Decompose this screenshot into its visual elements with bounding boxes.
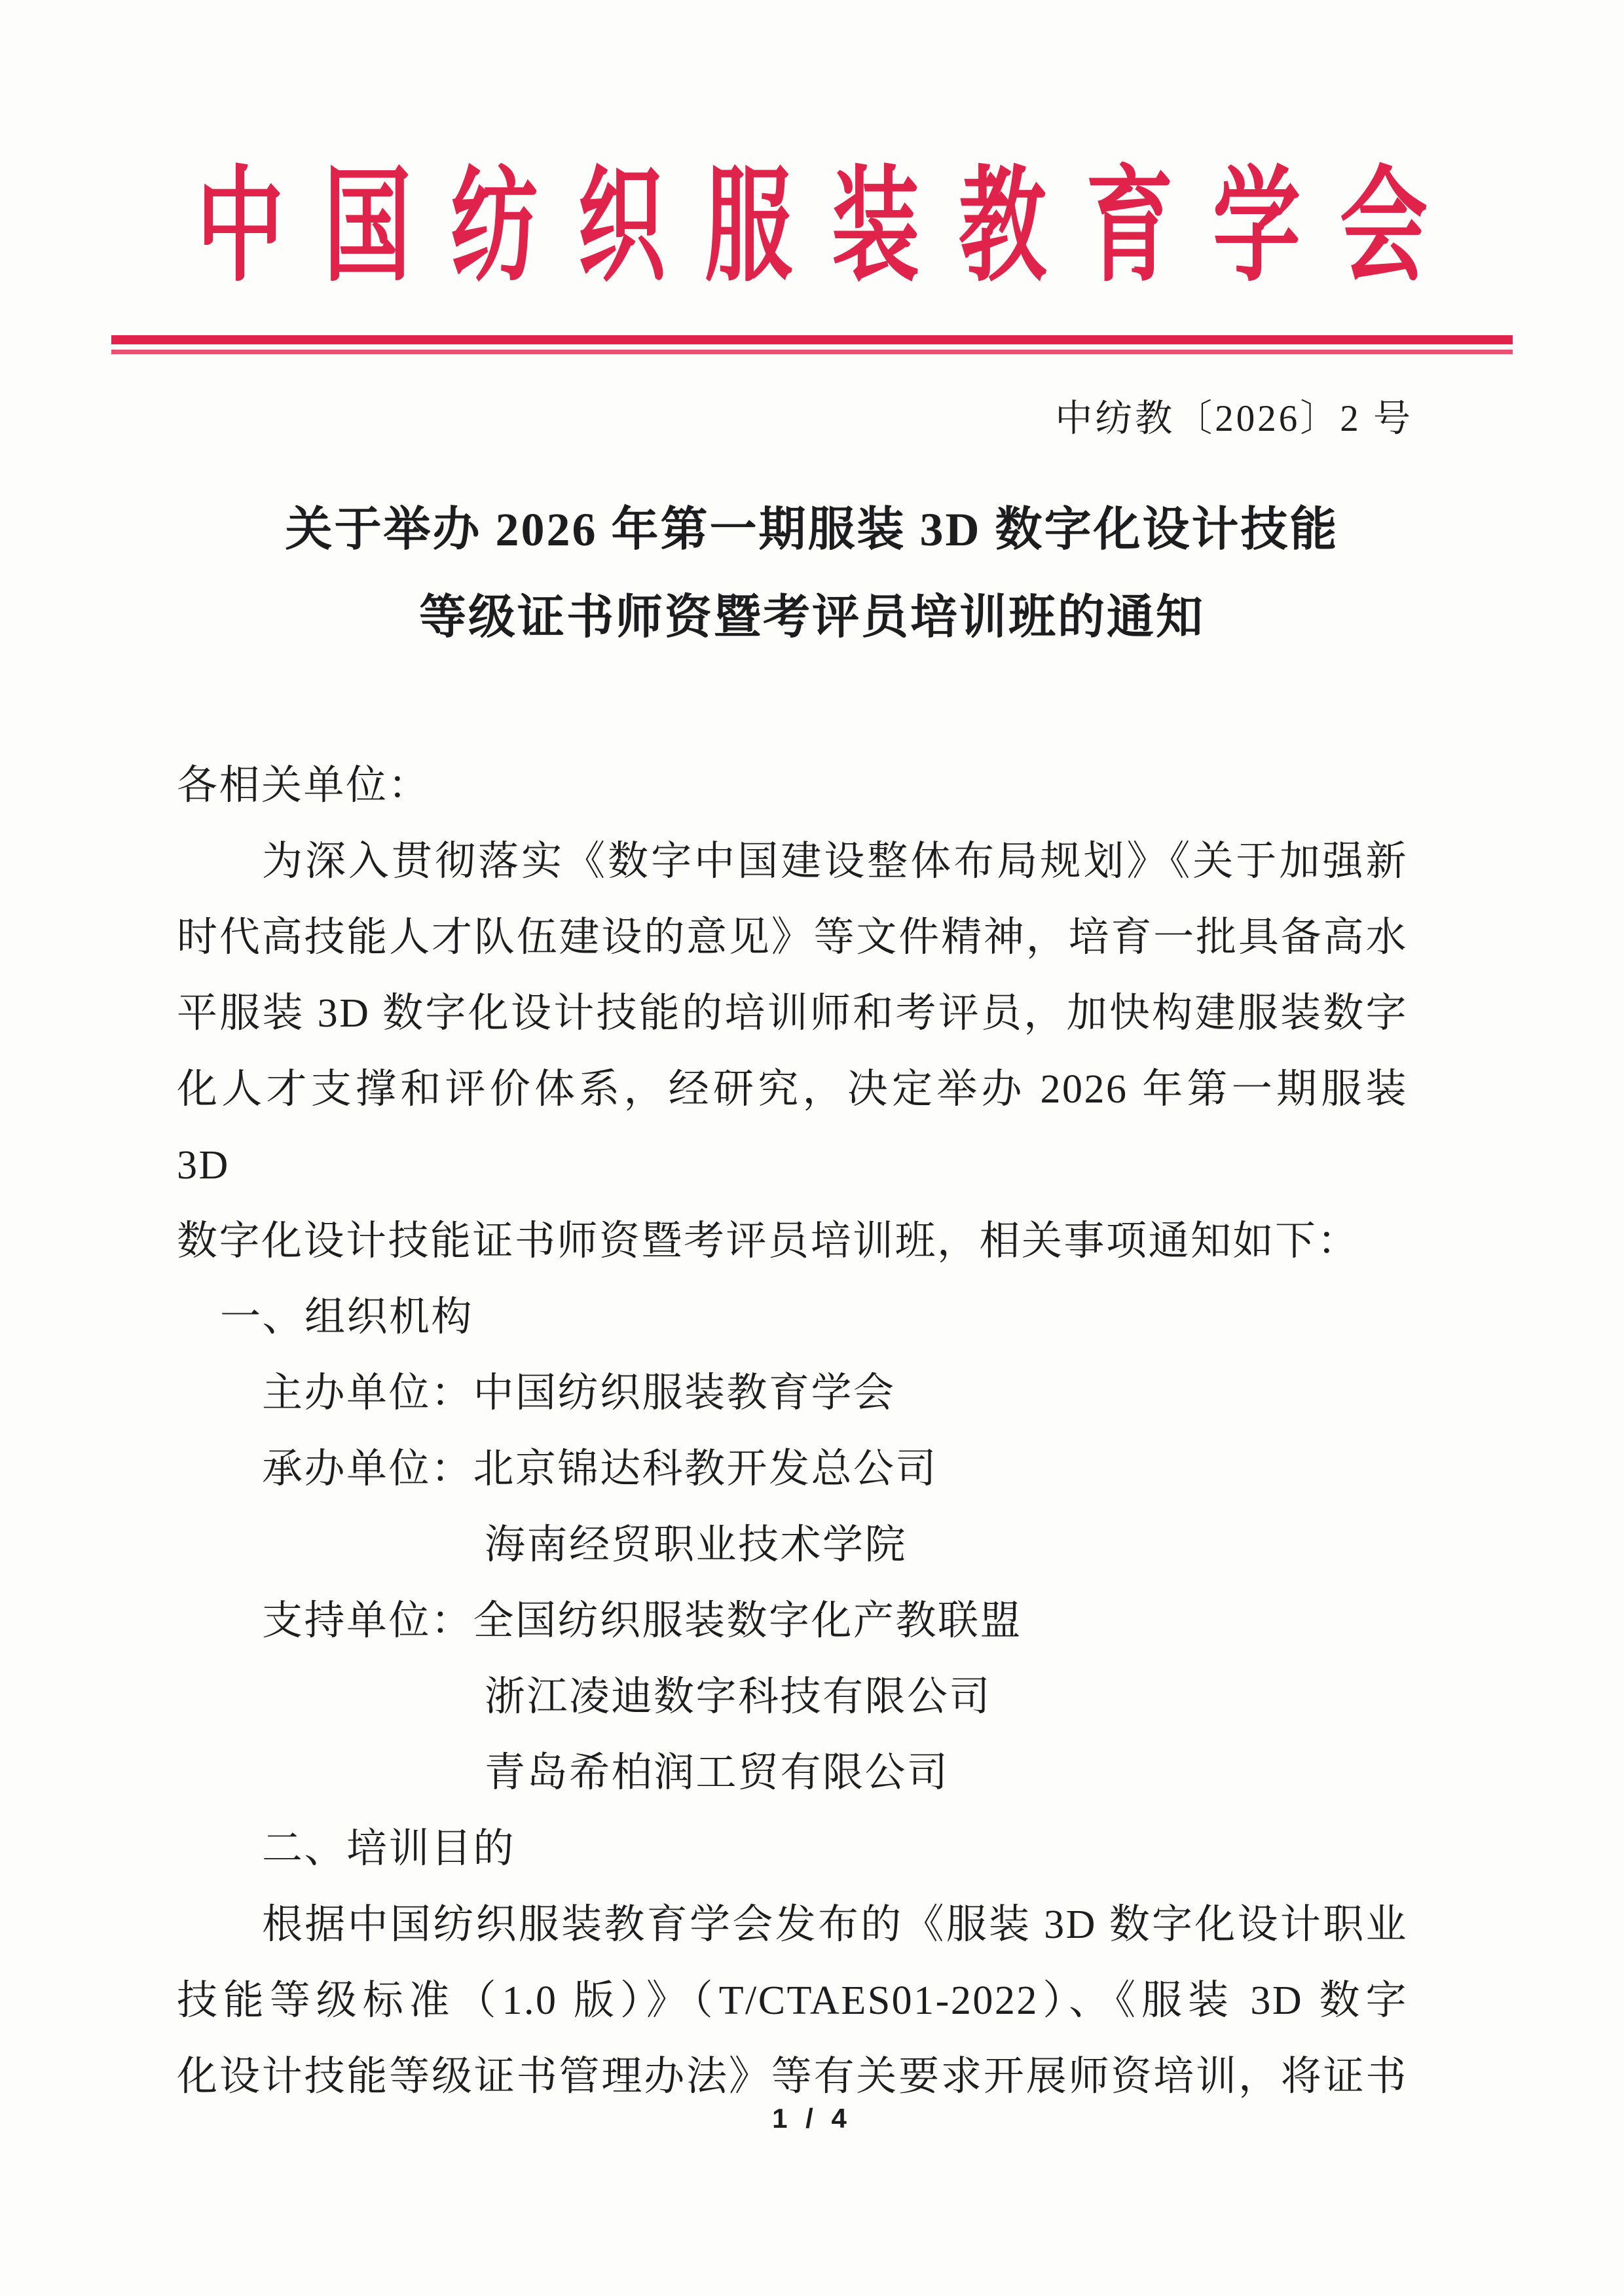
section-heading-2: 二、培训目的 [262,1811,1408,1887]
letterhead-rule-thick [111,335,1513,344]
body-line: 为深入贯彻落实《数字中国建设整体布局规划》《关于加强新 [177,824,1408,900]
letterhead-org-name: 中国纺织服装教育学会 [0,165,1624,289]
support-unit-line: 支持单位：全国纺织服装数字化产教联盟 [262,1583,1408,1659]
salutation-line: 各相关单位： [177,748,1408,824]
page-number: 1 / 4 [772,2103,852,2134]
doc-title: 关于举办 2026 年第一期服装 3D 数字化设计技能 等级证书师资暨考评员培训… [0,486,1624,661]
support-unit-line-2: 浙江凌迪数字科技有限公司 [485,1659,1408,1735]
letterhead-rule-thin [111,350,1513,354]
body-line: 化人才支撑和评价体系，经研究，决定举办 2026 年第一期服装 3D [177,1051,1408,1203]
body-line: 技能等级标准（1.0 版）》（T/CTAES01-2022）、《服装 3D 数字 [177,1963,1408,2039]
body-line: 时代高技能人才队伍建设的意见》等文件精神，培育一批具备高水 [177,900,1408,975]
doc-title-line1: 关于举办 2026 年第一期服装 3D 数字化设计技能 [0,486,1624,574]
body-line: 根据中国纺织服装教育学会发布的《服装 3D 数字化设计职业 [177,1887,1408,1963]
doc-title-line2: 等级证书师资暨考评员培训班的通知 [0,574,1624,661]
organizer-unit-line-2: 海南经贸职业技术学院 [485,1507,1408,1583]
body-line: 平服装 3D 数字化设计技能的培训师和考评员，加快构建服装数字 [177,975,1408,1051]
document-page: 中国纺织服装教育学会 中纺教〔2026〕2 号 关于举办 2026 年第一期服装… [0,0,1624,2296]
doc-reference-number: 中纺教〔2026〕2 号 [1055,388,1413,442]
support-unit-line-3: 青岛希柏润工贸有限公司 [485,1735,1408,1811]
host-unit-line: 主办单位：中国纺织服装教育学会 [262,1355,1408,1431]
section-heading-1: 一、组织机构 [220,1279,1408,1355]
page-footer: 1 / 4 [0,2103,1624,2134]
body-line: 数字化设计技能证书师资暨考评员培训班，相关事项通知如下： [177,1203,1408,1279]
doc-body: 各相关单位： 为深入贯彻落实《数字中国建设整体布局规划》《关于加强新 时代高技能… [177,748,1408,2115]
organizer-unit-line: 承办单位：北京锦达科教开发总公司 [262,1431,1408,1507]
